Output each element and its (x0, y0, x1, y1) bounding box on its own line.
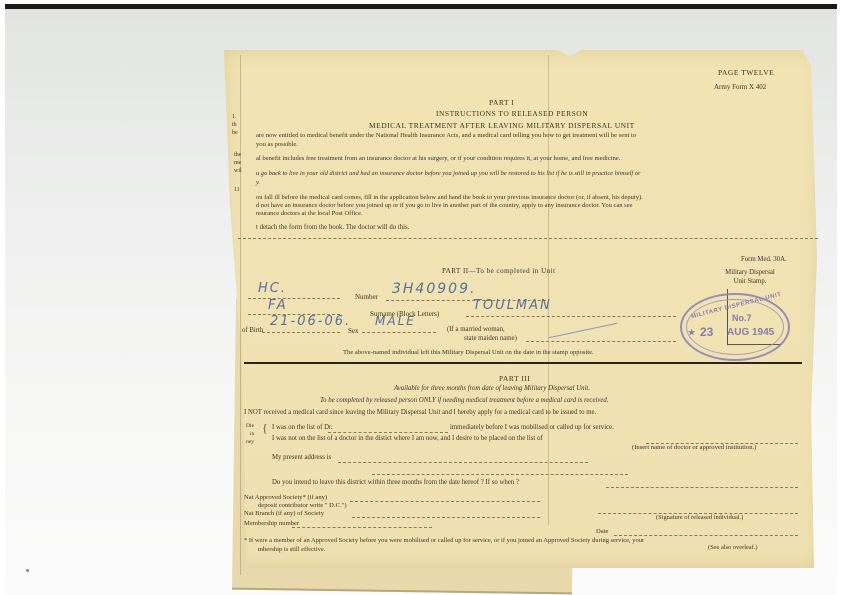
binding-edge (240, 55, 241, 575)
dob-label: of Birth (242, 328, 263, 335)
section-divider (244, 362, 802, 364)
margin-fragment: 1. (232, 114, 237, 120)
margin-fragment: th (232, 122, 237, 128)
instruction-line: t detach the form from the book. The doc… (256, 225, 409, 232)
leave-district-question: Do you intend to leave this district wit… (272, 480, 519, 487)
stamp-day: 23 (700, 325, 713, 339)
branch-label: Nat Branch (if any) of Society (244, 511, 324, 518)
approved-society-label: Nat Approved Society* (if any) (244, 495, 327, 502)
star-icon: ★ (688, 328, 695, 337)
society-field[interactable] (350, 501, 540, 502)
instruction-line: are now entitled to medical benefit unde… (256, 133, 636, 140)
dust-speck (26, 569, 29, 572)
field-line (248, 298, 340, 299)
instruction-line: you as possible. (256, 142, 298, 149)
surname-value: TOULMAN (473, 298, 552, 313)
date-label: Date (596, 529, 608, 536)
option-new-doctor: I was not on the list of a doctor in the… (272, 436, 543, 443)
part1-subtitle: INSTRUCTIONS TO RELEASED PERSON (436, 110, 588, 118)
married-note: (If a married woman, (447, 327, 505, 334)
margin-fragment: 11 (234, 187, 240, 193)
margin-label: Dle (246, 424, 254, 430)
margin-fragment: the (234, 152, 241, 158)
margin-fragment: wil (234, 168, 242, 174)
stamp-month-year: AUG 1945 (727, 327, 774, 338)
unit-code-2: FA (268, 298, 288, 313)
part2-title: PART II—To be completed in Unit (442, 268, 556, 275)
instruction-line: u go back to live in your old district a… (256, 171, 640, 177)
number-label: Number (355, 294, 378, 301)
stamp-caption: Military Dispersal (718, 270, 782, 277)
stamp-caption: Unit Stamp. (718, 279, 782, 286)
address-field-line2[interactable] (372, 474, 628, 475)
field-line (526, 341, 676, 342)
see-overleaf-note: (See also overleaf.) (708, 545, 758, 551)
part2-form-reference: Form Med. 30A. (741, 257, 787, 264)
address-field-line1[interactable] (338, 462, 588, 463)
margin-label: ney (246, 440, 254, 446)
branch-field[interactable] (352, 517, 540, 518)
margin-fragment: me (234, 160, 241, 166)
sex-value: MALE (375, 314, 416, 328)
stamp-unit-number: No.7 (732, 313, 752, 323)
brace: { (262, 422, 268, 434)
new-doctor-hint: (Insert name of doctor or approved insti… (632, 445, 756, 452)
unit-code-1: HC. (258, 281, 287, 296)
form-reference: Army Form X 402 (714, 84, 766, 91)
deposit-contributor-note: deposit contributor write " D.C.") (258, 503, 347, 510)
margin-fragment: be (232, 130, 238, 136)
field-line (362, 332, 436, 333)
field-line (466, 316, 676, 317)
margin-label: in (250, 432, 254, 438)
leave-date-field[interactable] (606, 487, 798, 488)
page-label: PAGE TWELVE (718, 69, 774, 77)
part2-footer-note: The above-named individual left this Mil… (343, 350, 594, 357)
option-previous-doctor: I was on the list of Dr. (272, 425, 333, 432)
married-note: state maiden name) (464, 336, 517, 343)
instruction-line: ou fall ill before the medical card come… (256, 195, 643, 202)
instruction-line: y. (256, 180, 260, 186)
date-field[interactable] (614, 535, 798, 536)
doctor-name-field[interactable] (328, 432, 448, 433)
field-line (262, 332, 340, 333)
application-statement: I NOT received a medical card since leav… (244, 410, 596, 417)
part1-heading: MEDICAL TREATMENT AFTER LEAVING MILITARY… (369, 122, 635, 130)
part3-title: PART III (499, 375, 530, 383)
footnote-cont: mbership is still effective. (258, 547, 325, 554)
sex-label: Sex (348, 328, 359, 335)
perforation-line (238, 238, 818, 239)
instruction-line: nsurance doctors at the local Post Offic… (256, 211, 363, 218)
membership-field[interactable] (292, 527, 432, 528)
part3-validity-note: Available for three months from date of … (394, 386, 590, 393)
membership-number-label: Membership number (244, 521, 299, 528)
signature-hint: (Signature of released individual.) (656, 515, 743, 521)
option-previous-doctor-cont: immediately before I was mobilised or ca… (450, 425, 614, 432)
address-label: My present address is (272, 455, 331, 462)
part3-instruction-note: To be completed by released person ONLY … (320, 398, 608, 405)
dispersal-unit-stamp: MILITARY DISPERSAL UNIT No.7 ★ 23 AUG 19… (680, 293, 790, 361)
part1-title: PART I (489, 99, 514, 107)
instruction-line: d not have an insurance doctor before yo… (256, 203, 632, 210)
dob-value: 21-06-06. (270, 314, 351, 329)
footnote: * If were a member of an Approved Societ… (244, 538, 644, 545)
number-value: 3H40909. (392, 281, 476, 297)
instruction-line: al benefit includes free treatment from … (256, 156, 620, 163)
